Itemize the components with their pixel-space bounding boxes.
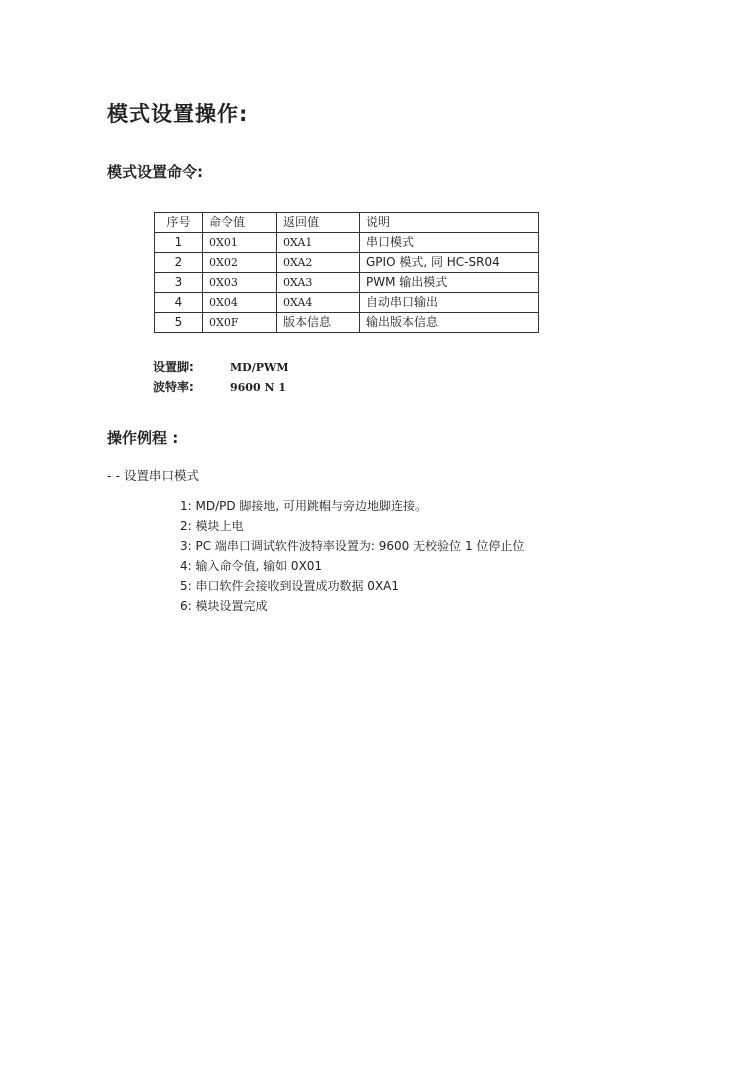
step-5: 5: 串口软件会接收到设置成功数据 0XA1 <box>180 577 399 594</box>
step-6: 6: 模块设置完成 <box>180 597 268 614</box>
cell-return: 版本信息 <box>277 313 360 333</box>
param-pin: 设置脚:MD/PWM <box>153 358 289 375</box>
cell-return: 0XA4 <box>277 293 360 313</box>
section-heading-commands: 模式设置命令: <box>107 161 203 182</box>
cell-index: 5 <box>155 313 203 333</box>
header-description: 说明 <box>360 213 539 233</box>
command-table: 序号 命令值 返回值 说明 1 0X01 0XA1 串口模式 2 0X02 0X… <box>154 212 539 333</box>
step-4: 4: 输入命令值, 输如 0X01 <box>180 557 322 574</box>
cell-command: 0X01 <box>203 233 277 253</box>
param-pin-label: 设置脚: <box>153 358 230 375</box>
cell-description: PWM 输出模式 <box>360 273 539 293</box>
cell-description: 输出版本信息 <box>360 313 539 333</box>
cell-command: 0X03 <box>203 273 277 293</box>
cell-return: 0XA1 <box>277 233 360 253</box>
cell-return: 0XA3 <box>277 273 360 293</box>
section-heading-example: 操作例程 : <box>107 427 178 448</box>
param-baud-value: 9600 N 1 <box>230 381 286 394</box>
step-3: 3: PC 端串口调试软件波特率设置为: 9600 无校验位 1 位停止位 <box>180 537 524 554</box>
header-command: 命令值 <box>203 213 277 233</box>
cell-description: 自动串口输出 <box>360 293 539 313</box>
cell-index: 4 <box>155 293 203 313</box>
example-subtitle: - - 设置串口模式 <box>107 466 199 484</box>
table-row: 1 0X01 0XA1 串口模式 <box>155 233 539 253</box>
table-row: 4 0X04 0XA4 自动串口输出 <box>155 293 539 313</box>
param-baud: 波特率:9600 N 1 <box>153 378 286 395</box>
cell-index: 1 <box>155 233 203 253</box>
cell-index: 3 <box>155 273 203 293</box>
table-header-row: 序号 命令值 返回值 说明 <box>155 213 539 233</box>
cell-command: 0X04 <box>203 293 277 313</box>
cell-description: 串口模式 <box>360 233 539 253</box>
cell-return: 0XA2 <box>277 253 360 273</box>
cell-description: GPIO 模式, 同 HC-SR04 <box>360 253 539 273</box>
step-1: 1: MD/PD 脚接地, 可用跳帽与旁边地脚连接。 <box>180 497 427 514</box>
param-baud-label: 波特率: <box>153 378 230 395</box>
param-pin-value: MD/PWM <box>230 361 289 374</box>
header-index: 序号 <box>155 213 203 233</box>
step-2: 2: 模块上电 <box>180 517 244 534</box>
cell-index: 2 <box>155 253 203 273</box>
table-row: 2 0X02 0XA2 GPIO 模式, 同 HC-SR04 <box>155 253 539 273</box>
page-title: 模式设置操作: <box>107 98 248 128</box>
header-return: 返回值 <box>277 213 360 233</box>
table-row: 3 0X03 0XA3 PWM 输出模式 <box>155 273 539 293</box>
cell-command: 0X02 <box>203 253 277 273</box>
table-row: 5 0X0F 版本信息 输出版本信息 <box>155 313 539 333</box>
cell-command: 0X0F <box>203 313 277 333</box>
